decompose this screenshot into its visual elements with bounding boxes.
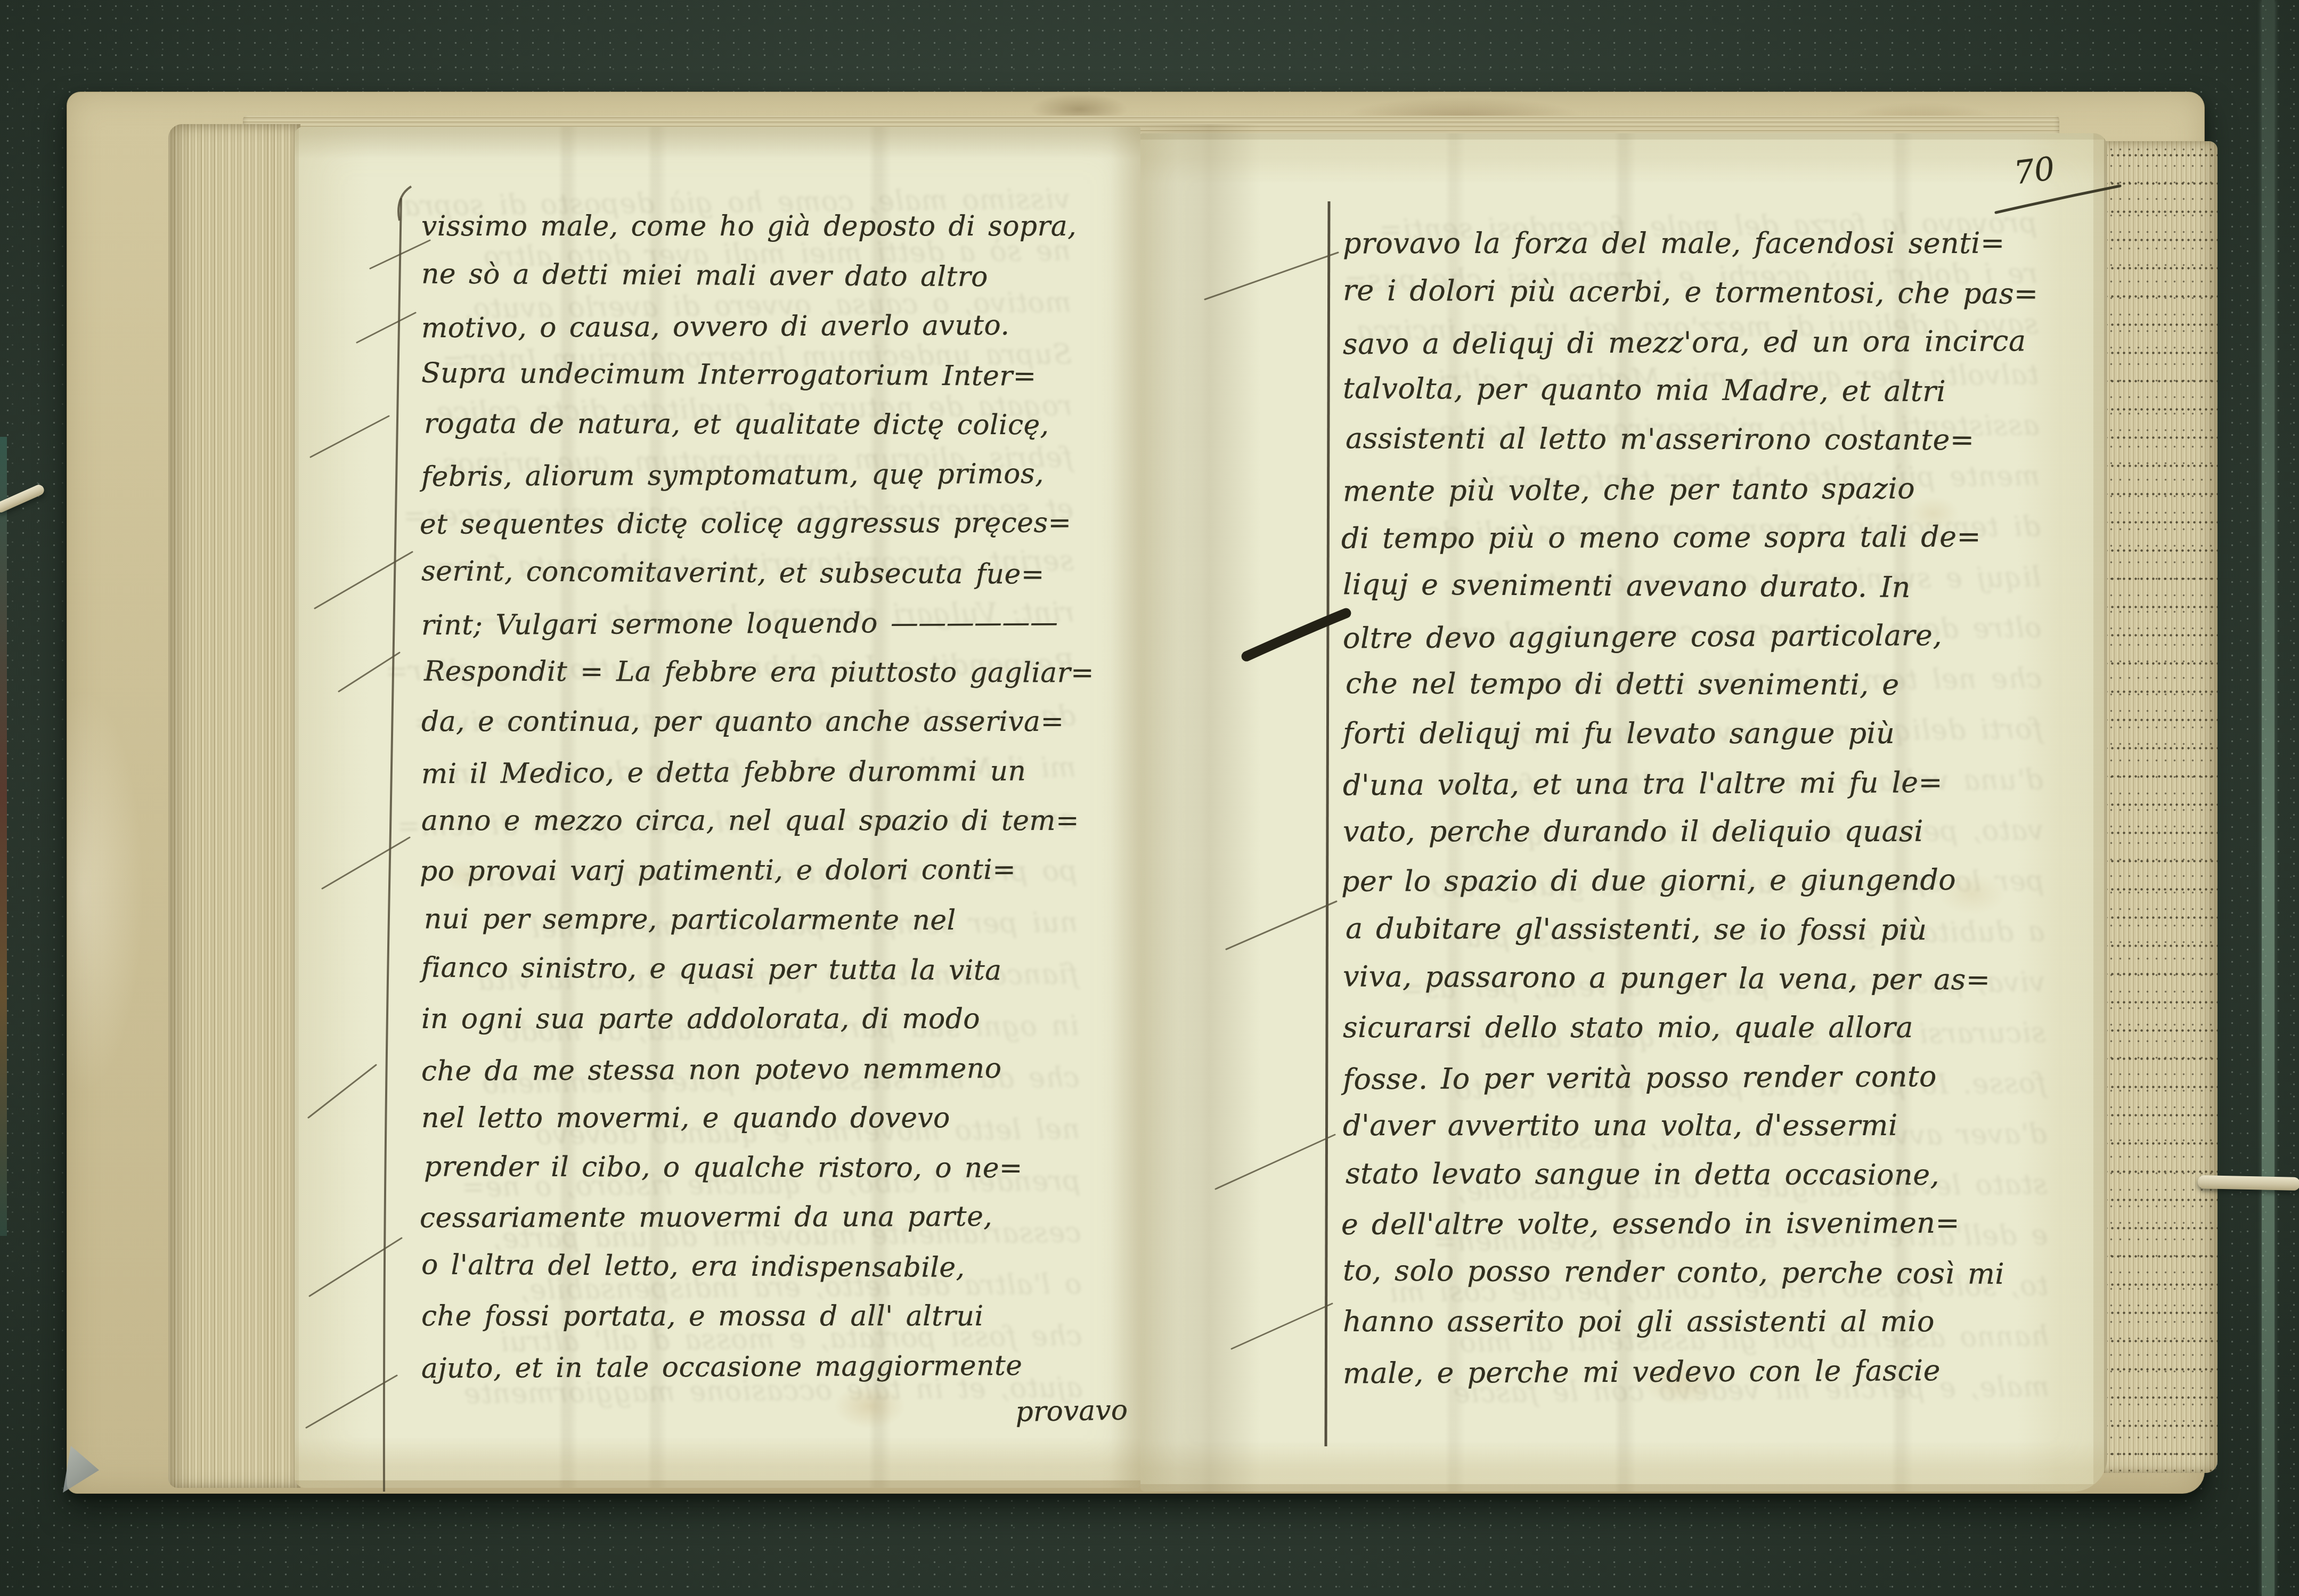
manuscript-line: da, e continua, per quanto anche asseriv… bbox=[421, 697, 1128, 747]
manuscript-line: vissimo male, come ho già deposto di sop… bbox=[421, 202, 1128, 251]
manuscript-line: febris, aliorum symptomatum, quę primos, bbox=[421, 449, 1128, 502]
manuscript-line: fosse. Io per verità posso render conto bbox=[1343, 1052, 2105, 1104]
manuscript-photo: vissimo male, come ho già deposto di sop… bbox=[0, 0, 2299, 1596]
right-page-text: provavo la forza del male, facendosi sen… bbox=[1343, 219, 2105, 1395]
scan-color-fringe bbox=[0, 437, 7, 1236]
manuscript-line: fianco sinistro, e quasi per tutta la vi… bbox=[421, 943, 1128, 997]
manuscript-line: che nel tempo di detti svenimenti, e bbox=[1346, 659, 2107, 710]
manuscript-line: provavo la forza del male, facendosi sen… bbox=[1343, 219, 2105, 268]
manuscript-line: serint, concomitaverint, et subsecuta fu… bbox=[421, 547, 1128, 600]
manuscript-line: in ogni sua parte addolorata, di modo bbox=[421, 995, 1128, 1044]
manuscript-line: sicurarsi dello stato mio, quale allora bbox=[1343, 1003, 2105, 1052]
manuscript-line: d'aver avvertito una volta, d'essermi bbox=[1343, 1101, 2105, 1150]
manuscript-line: ajuto, et in tale occasione maggiormente bbox=[421, 1341, 1128, 1394]
manuscript-line: o l'altra del letto, era indispensabile, bbox=[421, 1241, 1128, 1294]
manuscript-line: Respondit = La febbre era piuttosto gagl… bbox=[424, 647, 1130, 698]
manuscript-line: liquj e svenimenti avevano durato. In bbox=[1343, 560, 2105, 613]
open-book: vissimo male, come ho già deposto di sop… bbox=[67, 92, 2205, 1494]
right-page: provavo la forza del male, facendosi sen… bbox=[1140, 133, 2107, 1492]
manuscript-line: per lo spazio di due giorni, e giungendo bbox=[1341, 855, 2103, 906]
page-edges-left bbox=[168, 124, 300, 1488]
page-edges-right bbox=[2098, 141, 2218, 1473]
page-number: 70 bbox=[2012, 152, 2057, 190]
manuscript-line: to, solo posso render conto, perche così… bbox=[1343, 1246, 2105, 1299]
manuscript-line: Supra undecimum Interrogatorium Inter= bbox=[421, 349, 1128, 402]
glass-edge bbox=[2262, 0, 2274, 1596]
manuscript-line: nel letto movermi, e quando dovevo bbox=[421, 1094, 1128, 1143]
manuscript-line: rogata de natura, et qualitate dictę col… bbox=[424, 399, 1130, 450]
manuscript-line: vato, perche durando il deliquio quasi bbox=[1343, 807, 2105, 856]
manuscript-line: d'una volta, et una tra l'altre mi fu le… bbox=[1343, 758, 2105, 810]
manuscript-line: nui per sempre, particolarmente nel bbox=[424, 894, 1130, 946]
binding-tie-right bbox=[2198, 1175, 2299, 1191]
manuscript-line: prender il cibo, o qualche ristoro, o ne… bbox=[424, 1142, 1130, 1193]
manuscript-line: viva, passarono a punger la vena, per as… bbox=[1343, 952, 2105, 1005]
manuscript-line: mente più volte, che per tanto spazio bbox=[1343, 463, 2105, 516]
manuscript-line: hanno asserito poi gli assistenti al mio bbox=[1343, 1297, 2105, 1346]
manuscript-line: male, e perche mi vedevo con le fascie bbox=[1343, 1346, 2105, 1398]
manuscript-line: po provai varj patimenti, e dolori conti… bbox=[420, 845, 1126, 896]
manuscript-line: anno e mezzo circa, nel qual spazio di t… bbox=[421, 796, 1128, 846]
manuscript-line: mi il Medico, e detta febbre durommi un bbox=[421, 746, 1128, 799]
manuscript-line: forti deliquj mi fu levato sangue più bbox=[1343, 709, 2105, 758]
manuscript-line: che da me stessa non potevo nemmeno bbox=[421, 1044, 1128, 1096]
manuscript-line: che fossi portata, e mossa d all' altrui bbox=[421, 1292, 1128, 1341]
manuscript-line: cessariamente muovermi da una parte, bbox=[420, 1192, 1126, 1243]
manuscript-line: re i dolori più acerbi, e tormentosi, ch… bbox=[1343, 266, 2105, 319]
manuscript-line: ne sò a detti miei mali aver dato altro bbox=[421, 250, 1128, 303]
manuscript-line: rint; Vulgari sermone loquendo —————— bbox=[421, 598, 1128, 650]
manuscript-line: et sequentes dictę colicę aggressus pręc… bbox=[420, 498, 1126, 549]
manuscript-line: stato levato sangue in detta occasione, bbox=[1346, 1149, 2107, 1200]
manuscript-line: a dubitare gl'assistenti, se io fossi pi… bbox=[1346, 904, 2107, 955]
manuscript-line: di tempo più o meno come sopra tali de= bbox=[1341, 512, 2103, 563]
manuscript-line: e dell'altre volte, essendo in isvenimen… bbox=[1341, 1198, 2103, 1249]
left-page-text: vissimo male, come ho già deposto di sop… bbox=[421, 202, 1128, 1391]
manuscript-line: talvolta, per quanto mia Madre, et altri bbox=[1343, 364, 2105, 417]
manuscript-line: motivo, o causa, ovvero di averlo avuto. bbox=[421, 300, 1128, 353]
left-page: vissimo male, come ho già deposto di sop… bbox=[295, 127, 1140, 1488]
manuscript-line: savo a deliquj di mezz'ora, ed un ora in… bbox=[1343, 316, 2105, 369]
catchword: provavo bbox=[421, 1395, 1128, 1438]
manuscript-line: assistenti al letto m'asserirono costant… bbox=[1346, 414, 2107, 465]
manuscript-line: oltre devo aggiungere cosa particolare, bbox=[1343, 610, 2105, 663]
